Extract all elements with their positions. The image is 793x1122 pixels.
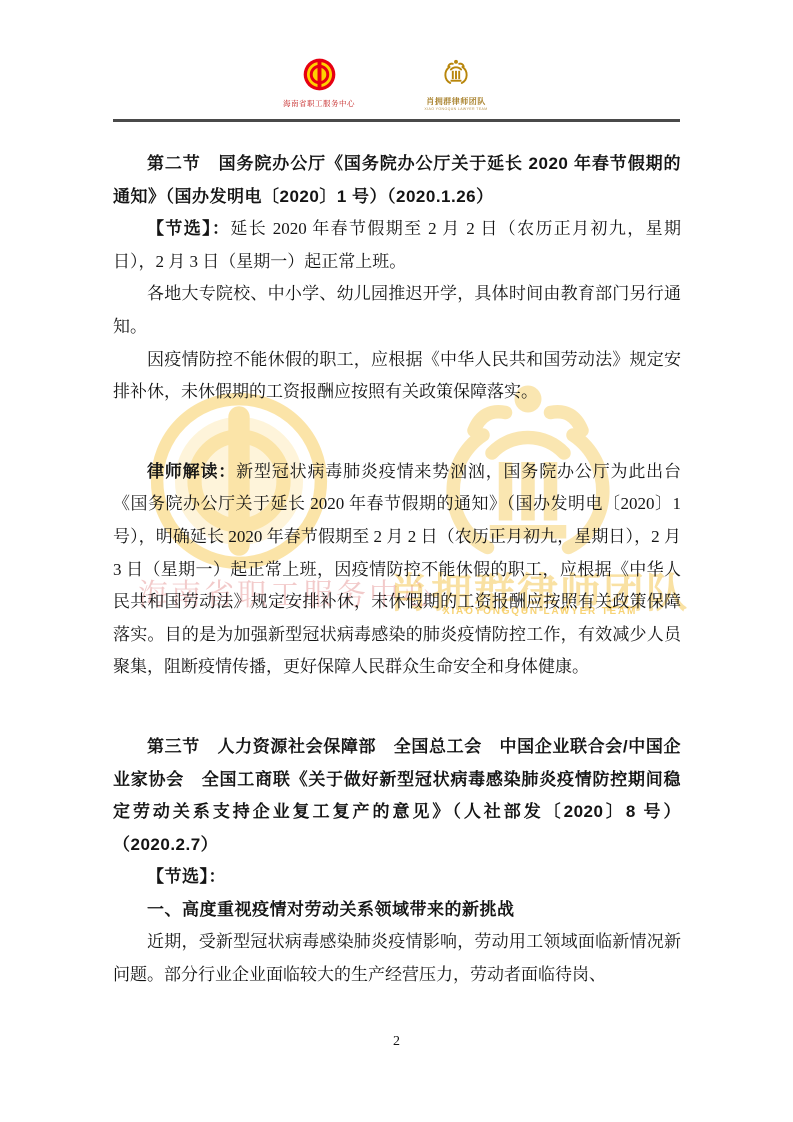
section2-heading: 第二节 国务院办公厅《国务院办公厅关于延长 2020 年春节假期的通知》（国办发…	[113, 148, 681, 213]
lawyer-commentary-paragraph: 律师解读：新型冠状病毒肺炎疫情来势汹汹，国务院办公厅为此出台《国务院办公厅关于延…	[113, 456, 681, 684]
section2-paragraph-workers: 因疫情防控不能休假的职工，应根据《中华人民共和国劳动法》规定安排补休，未休假期的…	[113, 344, 681, 409]
lawyer-commentary-text: 新型冠状病毒肺炎疫情来势汹汹，国务院办公厅为此出台《国务院办公厅关于延长 202…	[113, 462, 681, 677]
document-page: { "header": { "left_logo": { "label": "海…	[0, 0, 793, 1122]
header-divider	[113, 119, 680, 122]
lawyer-logo-label: 肖拥群律师团队	[413, 96, 499, 107]
lawyer-emblem-icon	[439, 58, 473, 95]
union-logo-block: 海南省职工服务中心	[281, 58, 357, 109]
section2-excerpt-paragraph: 【节选】：延长 2020 年春节假期至 2 月 2 日（农历正月初九，星期日），…	[113, 213, 681, 278]
spacer	[113, 409, 681, 456]
page-number: 2	[0, 1034, 793, 1050]
section3-heading: 第三节 人力资源社会保障部 全国总工会 中国企业联合会/中国企业家协会 全国工商…	[113, 731, 681, 861]
union-emblem-icon	[303, 58, 336, 96]
lawyer-logo-sublabel: XIAO YONGQUN LAWYER TEAM	[413, 107, 499, 111]
section3-excerpt-label: 【节选】：	[113, 861, 681, 894]
section3-paragraph-1: 近期，受新型冠状病毒感染肺炎疫情影响，劳动用工领域面临新情况新问题。部分行业企业…	[113, 926, 681, 991]
section2-excerpt-label: 【节选】：	[147, 219, 230, 238]
lawyer-logo-block: 肖拥群律师团队 XIAO YONGQUN LAWYER TEAM	[413, 58, 499, 111]
lawyer-commentary-label: 律师解读：	[147, 462, 236, 481]
union-logo-label: 海南省职工服务中心	[281, 98, 357, 109]
document-content: 第二节 国务院办公厅《国务院办公厅关于延长 2020 年春节假期的通知》（国办发…	[113, 148, 681, 992]
spacer	[113, 684, 681, 731]
section3-subheading-1: 一、高度重视疫情对劳动关系领域带来的新挑战	[113, 894, 681, 927]
section2-paragraph-schools: 各地大专院校、中小学、幼儿园推迟开学，具体时间由教育部门另行通知。	[113, 278, 681, 343]
